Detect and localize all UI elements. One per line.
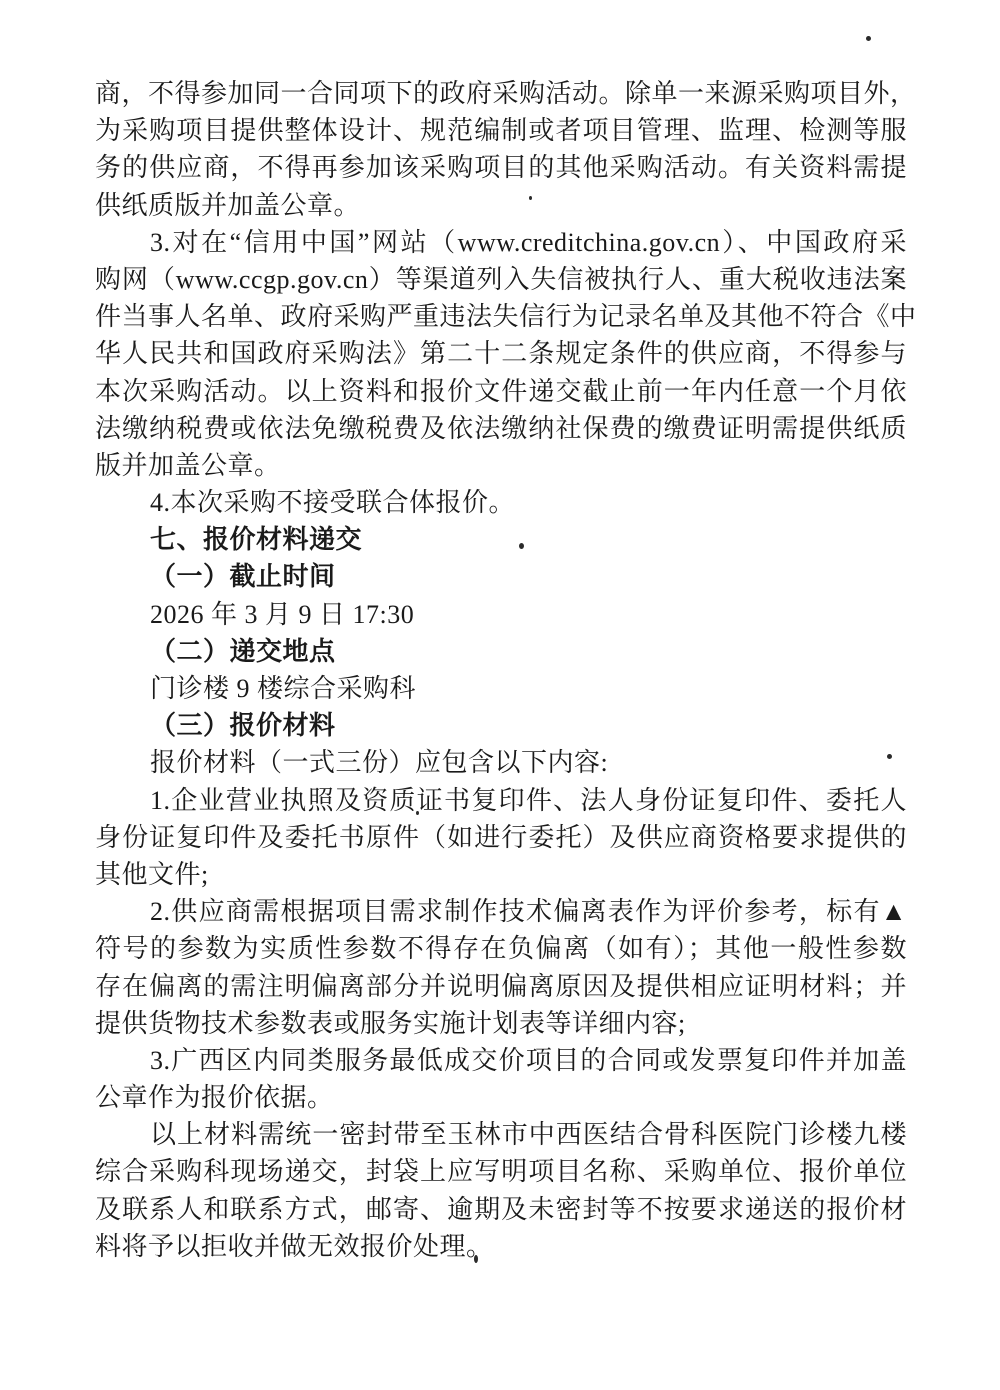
text-line: 其他文件; bbox=[95, 856, 907, 893]
text-line: 料将予以拒收并做无效报价处理。 bbox=[95, 1228, 907, 1265]
text-line: 2.供应商需根据项目需求制作技术偏离表作为评价参考，标有▲ bbox=[95, 893, 907, 930]
text-line: 为采购项目提供整体设计、规范编制或者项目管理、监理、检测等服 bbox=[95, 112, 907, 149]
scan-speck bbox=[887, 754, 892, 759]
text-line: 身份证复印件及委托书原件（如进行委托）及供应商资格要求提供的 bbox=[95, 819, 907, 856]
text-line: 购网（www.ccgp.gov.cn）等渠道列入失信被执行人、重大税收违法案 bbox=[95, 261, 907, 298]
scan-speck bbox=[529, 196, 532, 200]
text-line: 3.对在“信用中国”网站（www.creditchina.gov.cn）、中国政… bbox=[95, 224, 907, 261]
text-line: 法缴纳税费或依法免缴税费及依法缴纳社保费的缴费证明需提供纸质 bbox=[95, 410, 907, 447]
text-line: 存在偏离的需注明偏离部分并说明偏离原因及提供相应证明材料；并 bbox=[95, 968, 907, 1005]
heading-line: （一）截止时间 bbox=[95, 558, 907, 595]
heading-line: 七、报价材料递交 bbox=[95, 521, 907, 558]
document-page: 商，不得参加同一合同项下的政府采购活动。除单一来源采购项目外，为采购项目提供整体… bbox=[0, 0, 1000, 1390]
scan-speck bbox=[866, 36, 871, 41]
text-line: 供纸质版并加盖公章。 bbox=[95, 187, 907, 224]
text-line: 及联系人和联系方式，邮寄、逾期及未密封等不按要求递送的报价材 bbox=[95, 1191, 907, 1228]
text-line: 2026 年 3 月 9 日 17:30 bbox=[95, 596, 907, 633]
document-body: 商，不得参加同一合同项下的政府采购活动。除单一来源采购项目外，为采购项目提供整体… bbox=[95, 75, 907, 1265]
text-line: 版并加盖公章。 bbox=[95, 447, 907, 484]
heading-line: （二）递交地点 bbox=[95, 633, 907, 670]
text-line: 符号的参数为实质性参数不得存在负偏离（如有）；其他一般性参数 bbox=[95, 930, 907, 967]
text-line: 1.企业营业执照及资质证书复印件、法人身份证复印件、委托人 bbox=[95, 782, 907, 819]
text-line: 务的供应商，不得再参加该采购项目的其他采购活动。有关资料需提 bbox=[95, 149, 907, 186]
text-line: 4.本次采购不接受联合体报价。 bbox=[95, 484, 907, 521]
text-line: 以上材料需统一密封带至玉林市中西医结合骨科医院门诊楼九楼 bbox=[95, 1116, 907, 1153]
text-line: 商，不得参加同一合同项下的政府采购活动。除单一来源采购项目外， bbox=[95, 75, 907, 112]
scan-speck bbox=[474, 1255, 478, 1263]
text-line: 华人民共和国政府采购法》第二十二条规定条件的供应商，不得参与 bbox=[95, 335, 907, 372]
text-line: 提供货物技术参数表或服务实施计划表等详细内容; bbox=[95, 1005, 907, 1042]
text-line: 件当事人名单、政府采购严重违法失信行为记录名单及其他不符合《中 bbox=[95, 298, 907, 335]
scan-speck bbox=[416, 811, 419, 815]
text-line: 3.广西区内同类服务最低成交价项目的合同或发票复印件并加盖 bbox=[95, 1042, 907, 1079]
heading-line: （三）报价材料 bbox=[95, 707, 907, 744]
scan-speck bbox=[519, 543, 524, 549]
text-line: 报价材料（一式三份）应包含以下内容: bbox=[95, 744, 907, 781]
text-line: 综合采购科现场递交，封袋上应写明项目名称、采购单位、报价单位 bbox=[95, 1153, 907, 1190]
text-line: 公章作为报价依据。 bbox=[95, 1079, 907, 1116]
text-line: 门诊楼 9 楼综合采购科 bbox=[95, 670, 907, 707]
text-line: 本次采购活动。以上资料和报价文件递交截止前一年内任意一个月依 bbox=[95, 373, 907, 410]
